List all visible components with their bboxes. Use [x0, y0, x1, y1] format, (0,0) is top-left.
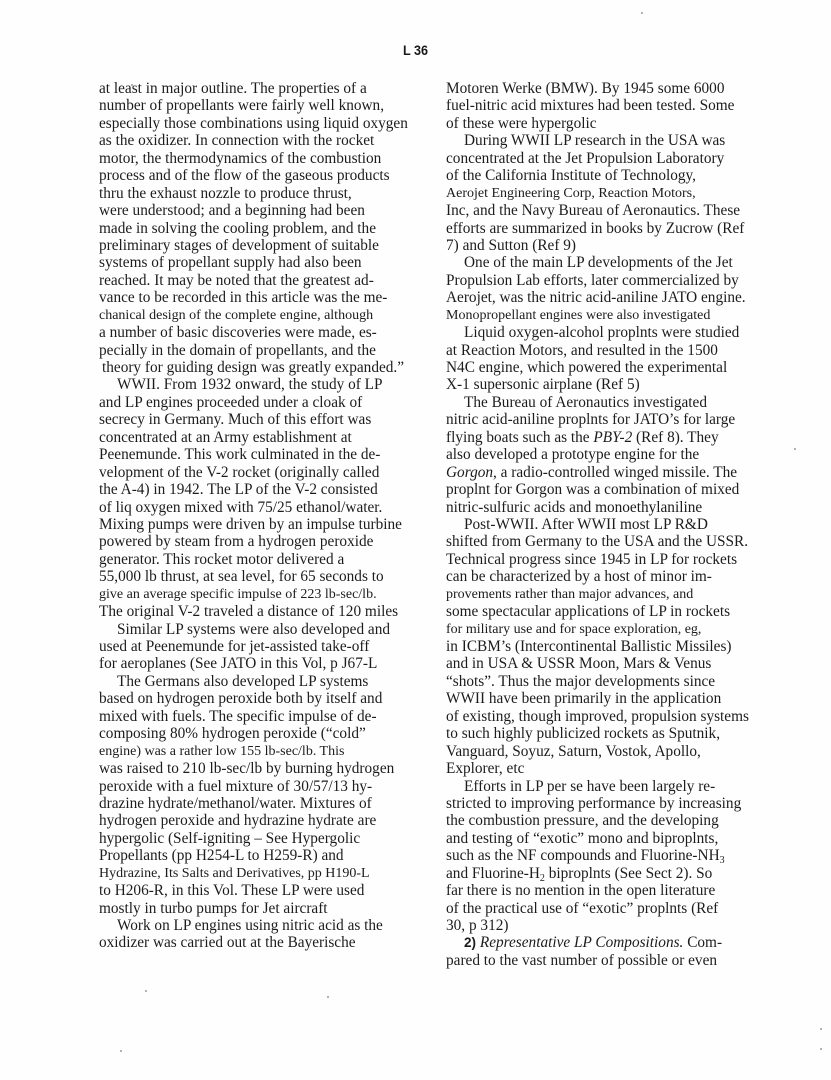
text-line: provements rather than major advances, a…: [446, 586, 791, 603]
document-page: L 36 at least in major outline. The prop…: [0, 0, 831, 1080]
text-line: theory for guiding design was greatly ex…: [99, 359, 429, 376]
text-line: Vanguard, Soyuz, Saturn, Vostok, Apollo,: [446, 743, 791, 760]
text-line: was raised to 210 lb-sec/lb by burning h…: [99, 760, 429, 777]
page-number-header: L 36: [42, 42, 790, 58]
text-line: as the oxidizer. In connection with the …: [99, 132, 429, 149]
text-line: Motoren Werke (BMW). By 1945 some 6000: [446, 80, 791, 97]
text-line: nitric-sulfuric acids and monoethylanili…: [446, 499, 791, 516]
text-line: at Reaction Motors, and resulted in the …: [446, 342, 791, 359]
text-line: chanical design of the complete engine, …: [99, 307, 429, 324]
text-line: 55,000 lb thrust, at sea level, for 65 s…: [99, 568, 429, 585]
text-line: to such highly publicized rockets as Spu…: [446, 725, 791, 742]
text-line: Propellants (pp H254-L to H259-R) and: [99, 847, 429, 864]
text-line: N4C engine, which powered the experiment…: [446, 359, 791, 376]
text-line: in ICBM’s (Intercontinental Ballistic Mi…: [446, 638, 791, 655]
scan-speck: [120, 1050, 122, 1052]
text-line: Inc, and the Navy Bureau of Aeronautics.…: [446, 202, 791, 219]
text-line: preliminary stages of development of sui…: [99, 237, 429, 254]
text-line: Monopropellant engines were also investi…: [446, 307, 791, 324]
text-line: such as the NF compounds and Fluorine-NH…: [446, 847, 791, 864]
text-line: oxidizer was carried out at the Bayerisc…: [99, 934, 429, 951]
text-line: thru the exhaust nozzle to produce thrus…: [99, 185, 429, 202]
text-line: of liq oxygen mixed with 75/25 ethanol/w…: [99, 499, 429, 516]
text-line: a number of basic discoveries were made,…: [99, 324, 429, 341]
text-line: used at Peenemunde for jet-assisted take…: [99, 638, 429, 655]
paragraph-start-bureau: The Bureau of Aeronautics investigated: [446, 394, 791, 411]
text-line: The original V-2 traveled a distance of …: [99, 603, 429, 620]
text-line: Peenemunde. This work culminated in the …: [99, 446, 429, 463]
text-line: pared to the vast number of possible or …: [446, 952, 791, 969]
text-line: number of propellants were fairly well k…: [99, 97, 429, 114]
text-line: Technical progress since 1945 in LP for …: [446, 551, 791, 568]
text-span: biproplnts (See Sect 2). So: [545, 865, 712, 882]
paragraph-start-one-of-main: One of the main LP developments of the J…: [446, 254, 791, 271]
text-line: Mixing pumps were driven by an impulse t…: [99, 516, 429, 533]
text-line: concentrated at the Jet Propulsion Labor…: [446, 150, 791, 167]
text-line: give an average specific impulse of 223 …: [99, 586, 429, 603]
text-line: systems of propellant supply had also be…: [99, 254, 429, 271]
scan-speck: [131, 84, 133, 86]
paragraph-start-germans: The Germans also developed LP systems: [99, 673, 429, 690]
text-line: drazine hydrate/methanol/water. Mixtures…: [99, 795, 429, 812]
left-text-column: at least in major outline. The propertie…: [99, 80, 429, 952]
section-number: 2): [464, 935, 476, 950]
text-line: made in solving the cooling problem, and…: [99, 220, 429, 237]
text-span: and Fluorine-H: [446, 865, 540, 882]
text-line: motor, the thermodynamics of the combust…: [99, 150, 429, 167]
scan-speck: [820, 1028, 822, 1030]
text-line: mixed with fuels. The specific impulse o…: [99, 708, 429, 725]
text-line: Explorer, etc: [446, 760, 791, 777]
text-line: reached. It may be noted that the greate…: [99, 272, 429, 289]
text-span: flying boats such as the: [446, 429, 593, 446]
text-line: at least in major outline. The propertie…: [99, 80, 429, 97]
text-line: stricted to improving performance by inc…: [446, 795, 791, 812]
section-title: Representative LP Compositions.: [480, 934, 684, 951]
italic-gorgon: Gorgon: [446, 464, 493, 481]
text-line: of the practical use of “exotic” proplnt…: [446, 900, 791, 917]
text-span: (Ref 8). They: [632, 429, 718, 446]
text-line: for military use and for space explorati…: [446, 621, 791, 638]
text-line: generator. This rocket motor delivered a: [99, 551, 429, 568]
text-line: for aeroplanes (See JATO in this Vol, p …: [99, 655, 429, 672]
text-line: and testing of “exotic” mono and bipropl…: [446, 830, 791, 847]
scan-speck: [641, 12, 643, 14]
paragraph-start-post-wwii: Post-WWII. After WWII most LP R&D: [446, 516, 791, 533]
text-line: can be characterized by a host of minor …: [446, 568, 791, 585]
text-line: Propulsion Lab efforts, later commercial…: [446, 272, 791, 289]
text-line: especially those combinations using liqu…: [99, 115, 429, 132]
text-line: and LP engines proceeded under a cloak o…: [99, 394, 429, 411]
text-line: efforts are summarized in books by Zucro…: [446, 220, 791, 237]
text-line: 30, p 312): [446, 917, 791, 934]
italic-pby2: PBY-2: [593, 429, 632, 446]
scan-speck: [794, 448, 796, 450]
paragraph-start-efforts: Efforts in LP per se have been largely r…: [446, 778, 791, 795]
text-line: secrecy in Germany. Much of this effort …: [99, 411, 429, 428]
text-line: were understood; and a beginning had bee…: [99, 202, 429, 219]
text-line: fuel-nitric acid mixtures had been teste…: [446, 97, 791, 114]
text-line: vance to be recorded in this article was…: [99, 289, 429, 306]
paragraph-start-work: Work on LP engines using nitric acid as …: [99, 917, 429, 934]
text-line: to H206-R, in this Vol. These LP were us…: [99, 882, 429, 899]
text-line: Aerojet, was the nitric acid-aniline JAT…: [446, 289, 791, 306]
scan-speck: [820, 1048, 822, 1050]
paragraph-start-during-wwii: During WWII LP research in the USA was: [446, 132, 791, 149]
text-line: peroxide with a fuel mixture of 30/57/13…: [99, 778, 429, 795]
text-line: and in USA & USSR Moon, Mars & Venus: [446, 655, 791, 672]
right-text-column: Motoren Werke (BMW). By 1945 some 6000 f…: [446, 80, 791, 969]
text-line: Gorgon, a radio-controlled winged missil…: [446, 464, 791, 481]
scan-speck: [327, 996, 329, 998]
text-line: flying boats such as the PBY-2 (Ref 8). …: [446, 429, 791, 446]
text-line: composing 80% hydrogen peroxide (“cold”: [99, 725, 429, 742]
text-line: WWII have been primarily in the applicat…: [446, 690, 791, 707]
text-line: also developed a prototype engine for th…: [446, 446, 791, 463]
text-line: velopment of the V-2 rocket (originally …: [99, 464, 429, 481]
text-line: and Fluorine-H2 biproplnts (See Sect 2).…: [446, 865, 791, 882]
text-line: X-1 supersonic airplane (Ref 5): [446, 376, 791, 393]
text-span: Com-: [683, 934, 722, 951]
text-line: powered by steam from a hydrogen peroxid…: [99, 533, 429, 550]
section-heading-line: 2) Representative LP Compositions. Com-: [446, 934, 791, 951]
text-line: Hydrazine, Its Salts and Derivatives, pp…: [99, 865, 429, 882]
text-line: based on hydrogen peroxide both by itsel…: [99, 690, 429, 707]
text-line: the combustion pressure, and the develop…: [446, 812, 791, 829]
text-line: far there is no mention in the open lite…: [446, 882, 791, 899]
text-span: such as the NF compounds and Fluorine-NH: [446, 847, 720, 864]
text-line: Aerojet Engineering Corp, Reaction Motor…: [446, 185, 791, 202]
text-line: proplnt for Gorgon was a combination of …: [446, 481, 791, 498]
text-line: nitric acid-aniline proplnts for JATO’s …: [446, 411, 791, 428]
scan-speck: [145, 990, 147, 992]
text-line: of the California Institute of Technolog…: [446, 167, 791, 184]
text-line: hypergolic (Self-igniting – See Hypergol…: [99, 830, 429, 847]
text-line: process and of the flow of the gaseous p…: [99, 167, 429, 184]
text-line: engine) was a rather low 155 lb-sec/lb. …: [99, 743, 429, 760]
text-line: some spectacular applications of LP in r…: [446, 603, 791, 620]
paragraph-start-liquid-oxygen: Liquid oxygen-alcohol proplnts were stud…: [446, 324, 791, 341]
subscript: 3: [720, 855, 725, 866]
text-line: 7) and Sutton (Ref 9): [446, 237, 791, 254]
text-line: mostly in turbo pumps for Jet aircraft: [99, 900, 429, 917]
text-line: the A-4) in 1942. The LP of the V-2 cons…: [99, 481, 429, 498]
text-line: pecially in the domain of propellants, a…: [99, 342, 429, 359]
paragraph-start-wwii: WWII. From 1932 onward, the study of LP: [99, 376, 429, 393]
text-line: concentrated at an Army establishment at: [99, 429, 429, 446]
text-line: hydrogen peroxide and hydrazine hydrate …: [99, 812, 429, 829]
text-line: shifted from Germany to the USA and the …: [446, 533, 791, 550]
text-line: of existing, though improved, propulsion…: [446, 708, 791, 725]
text-line: “shots”. Thus the major developments sin…: [446, 673, 791, 690]
text-line: of these were hypergolic: [446, 115, 791, 132]
paragraph-start-similar: Similar LP systems were also developed a…: [99, 621, 429, 638]
text-span: , a radio-controlled winged missile. The: [493, 464, 737, 481]
